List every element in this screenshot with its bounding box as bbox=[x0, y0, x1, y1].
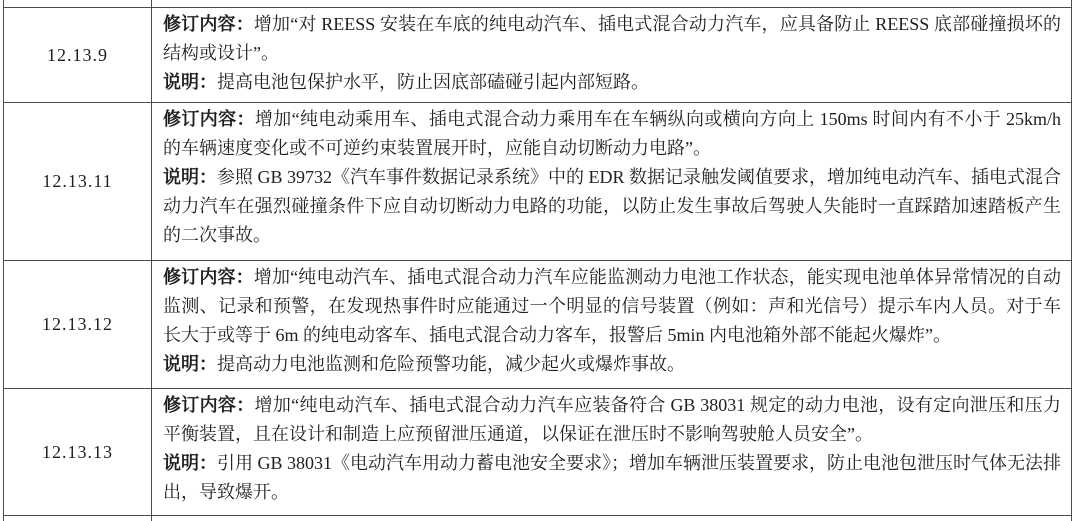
revision-label: 修订内容： bbox=[163, 395, 255, 415]
table-row-partial-bottom bbox=[4, 515, 1071, 521]
note-label: 说明： bbox=[163, 453, 217, 473]
revision-text: 增加“对 REESS 安装在车底的纯电动汽车、插电式混合动力汽车，应具备防止 R… bbox=[163, 14, 1061, 63]
content-cell: 修订内容：增加“纯电动乘用车、插电式混合动力乘用车在车辆纵向或横向方向上 150… bbox=[152, 103, 1071, 260]
clause-number: 12.13.11 bbox=[42, 171, 112, 192]
note-text: 引用 GB 38031《电动汽车用动力蓄电池安全要求》；增加车辆泄压装置要求，防… bbox=[163, 453, 1061, 502]
revision-text: 增加“纯电动乘用车、插电式混合动力乘用车在车辆纵向或横向方向上 150ms 时间… bbox=[163, 109, 1061, 158]
content-cell-partial-top bbox=[152, 0, 1071, 7]
revision-text: 增加“纯电动汽车、插电式混合动力汽车应能监测动力电池工作状态，能实现电池单体异常… bbox=[163, 267, 1061, 345]
clause-cell: 12.13.13 bbox=[4, 389, 152, 515]
clause-cell: 12.13.12 bbox=[4, 261, 152, 388]
clause-cell-partial-bottom bbox=[4, 516, 152, 521]
content-cell: 修订内容：增加“纯电动汽车、插电式混合动力汽车应能监测动力电池工作状态，能实现电… bbox=[152, 261, 1071, 388]
note-text: 提高电池包保护水平，防止因底部磕碰引起内部短路。 bbox=[217, 72, 649, 92]
content-cell: 修订内容：增加“对 REESS 安装在车底的纯电动汽车、插电式混合动力汽车，应具… bbox=[152, 8, 1071, 102]
revision-label: 修订内容： bbox=[163, 14, 254, 34]
table-row-12-13-11: 12.13.11 修订内容：增加“纯电动乘用车、插电式混合动力乘用车在车辆纵向或… bbox=[4, 102, 1071, 260]
note-paragraph: 说明：提高动力电池监测和危险预警功能，减少起火或爆炸事故。 bbox=[163, 350, 1061, 379]
table-row-partial-top bbox=[4, 0, 1071, 7]
note-text: 参照 GB 39732《汽车事件数据记录系统》中的 EDR 数据记录触发阈值要求… bbox=[163, 167, 1061, 245]
note-paragraph: 说明：引用 GB 38031《电动汽车用动力蓄电池安全要求》；增加车辆泄压装置要… bbox=[163, 449, 1061, 507]
clause-cell: 12.13.11 bbox=[4, 103, 152, 260]
clause-number: 12.13.12 bbox=[42, 314, 113, 335]
note-label: 说明： bbox=[163, 354, 217, 374]
revision-text: 增加“纯电动汽车、插电式混合动力汽车应装备符合 GB 38031 规定的动力电池… bbox=[163, 395, 1061, 444]
revision-paragraph: 修订内容：增加“纯电动乘用车、插电式混合动力乘用车在车辆纵向或横向方向上 150… bbox=[163, 105, 1061, 163]
table-row-12-13-9: 12.13.9 修订内容：增加“对 REESS 安装在车底的纯电动汽车、插电式混… bbox=[4, 7, 1071, 102]
table-row-12-13-13: 12.13.13 修订内容：增加“纯电动汽车、插电式混合动力汽车应装备符合 GB… bbox=[4, 388, 1071, 515]
content-cell: 修订内容：增加“纯电动汽车、插电式混合动力汽车应装备符合 GB 38031 规定… bbox=[152, 389, 1071, 515]
revision-paragraph: 修订内容：增加“对 REESS 安装在车底的纯电动汽车、插电式混合动力汽车，应具… bbox=[163, 10, 1061, 68]
revision-label: 修订内容： bbox=[163, 109, 255, 129]
revision-paragraph: 修订内容：增加“纯电动汽车、插电式混合动力汽车应能监测动力电池工作状态，能实现电… bbox=[163, 263, 1061, 350]
table-row-12-13-12: 12.13.12 修订内容：增加“纯电动汽车、插电式混合动力汽车应能监测动力电池… bbox=[4, 260, 1071, 388]
revision-table: 12.13.9 修订内容：增加“对 REESS 安装在车底的纯电动汽车、插电式混… bbox=[3, 0, 1072, 521]
clause-number: 12.13.9 bbox=[47, 45, 108, 66]
clause-number: 12.13.13 bbox=[42, 442, 113, 463]
note-paragraph: 说明：参照 GB 39732《汽车事件数据记录系统》中的 EDR 数据记录触发阈… bbox=[163, 163, 1061, 250]
revision-paragraph: 修订内容：增加“纯电动汽车、插电式混合动力汽车应装备符合 GB 38031 规定… bbox=[163, 391, 1061, 449]
clause-cell: 12.13.9 bbox=[4, 8, 152, 102]
revision-label: 修订内容： bbox=[163, 267, 254, 287]
note-text: 提高动力电池监测和危险预警功能，减少起火或爆炸事故。 bbox=[217, 354, 685, 374]
clause-cell-partial-top bbox=[4, 0, 152, 7]
note-label: 说明： bbox=[163, 167, 217, 187]
content-cell-partial-bottom bbox=[152, 516, 1071, 521]
note-paragraph: 说明：提高电池包保护水平，防止因底部磕碰引起内部短路。 bbox=[163, 68, 1061, 97]
note-label: 说明： bbox=[163, 72, 217, 92]
